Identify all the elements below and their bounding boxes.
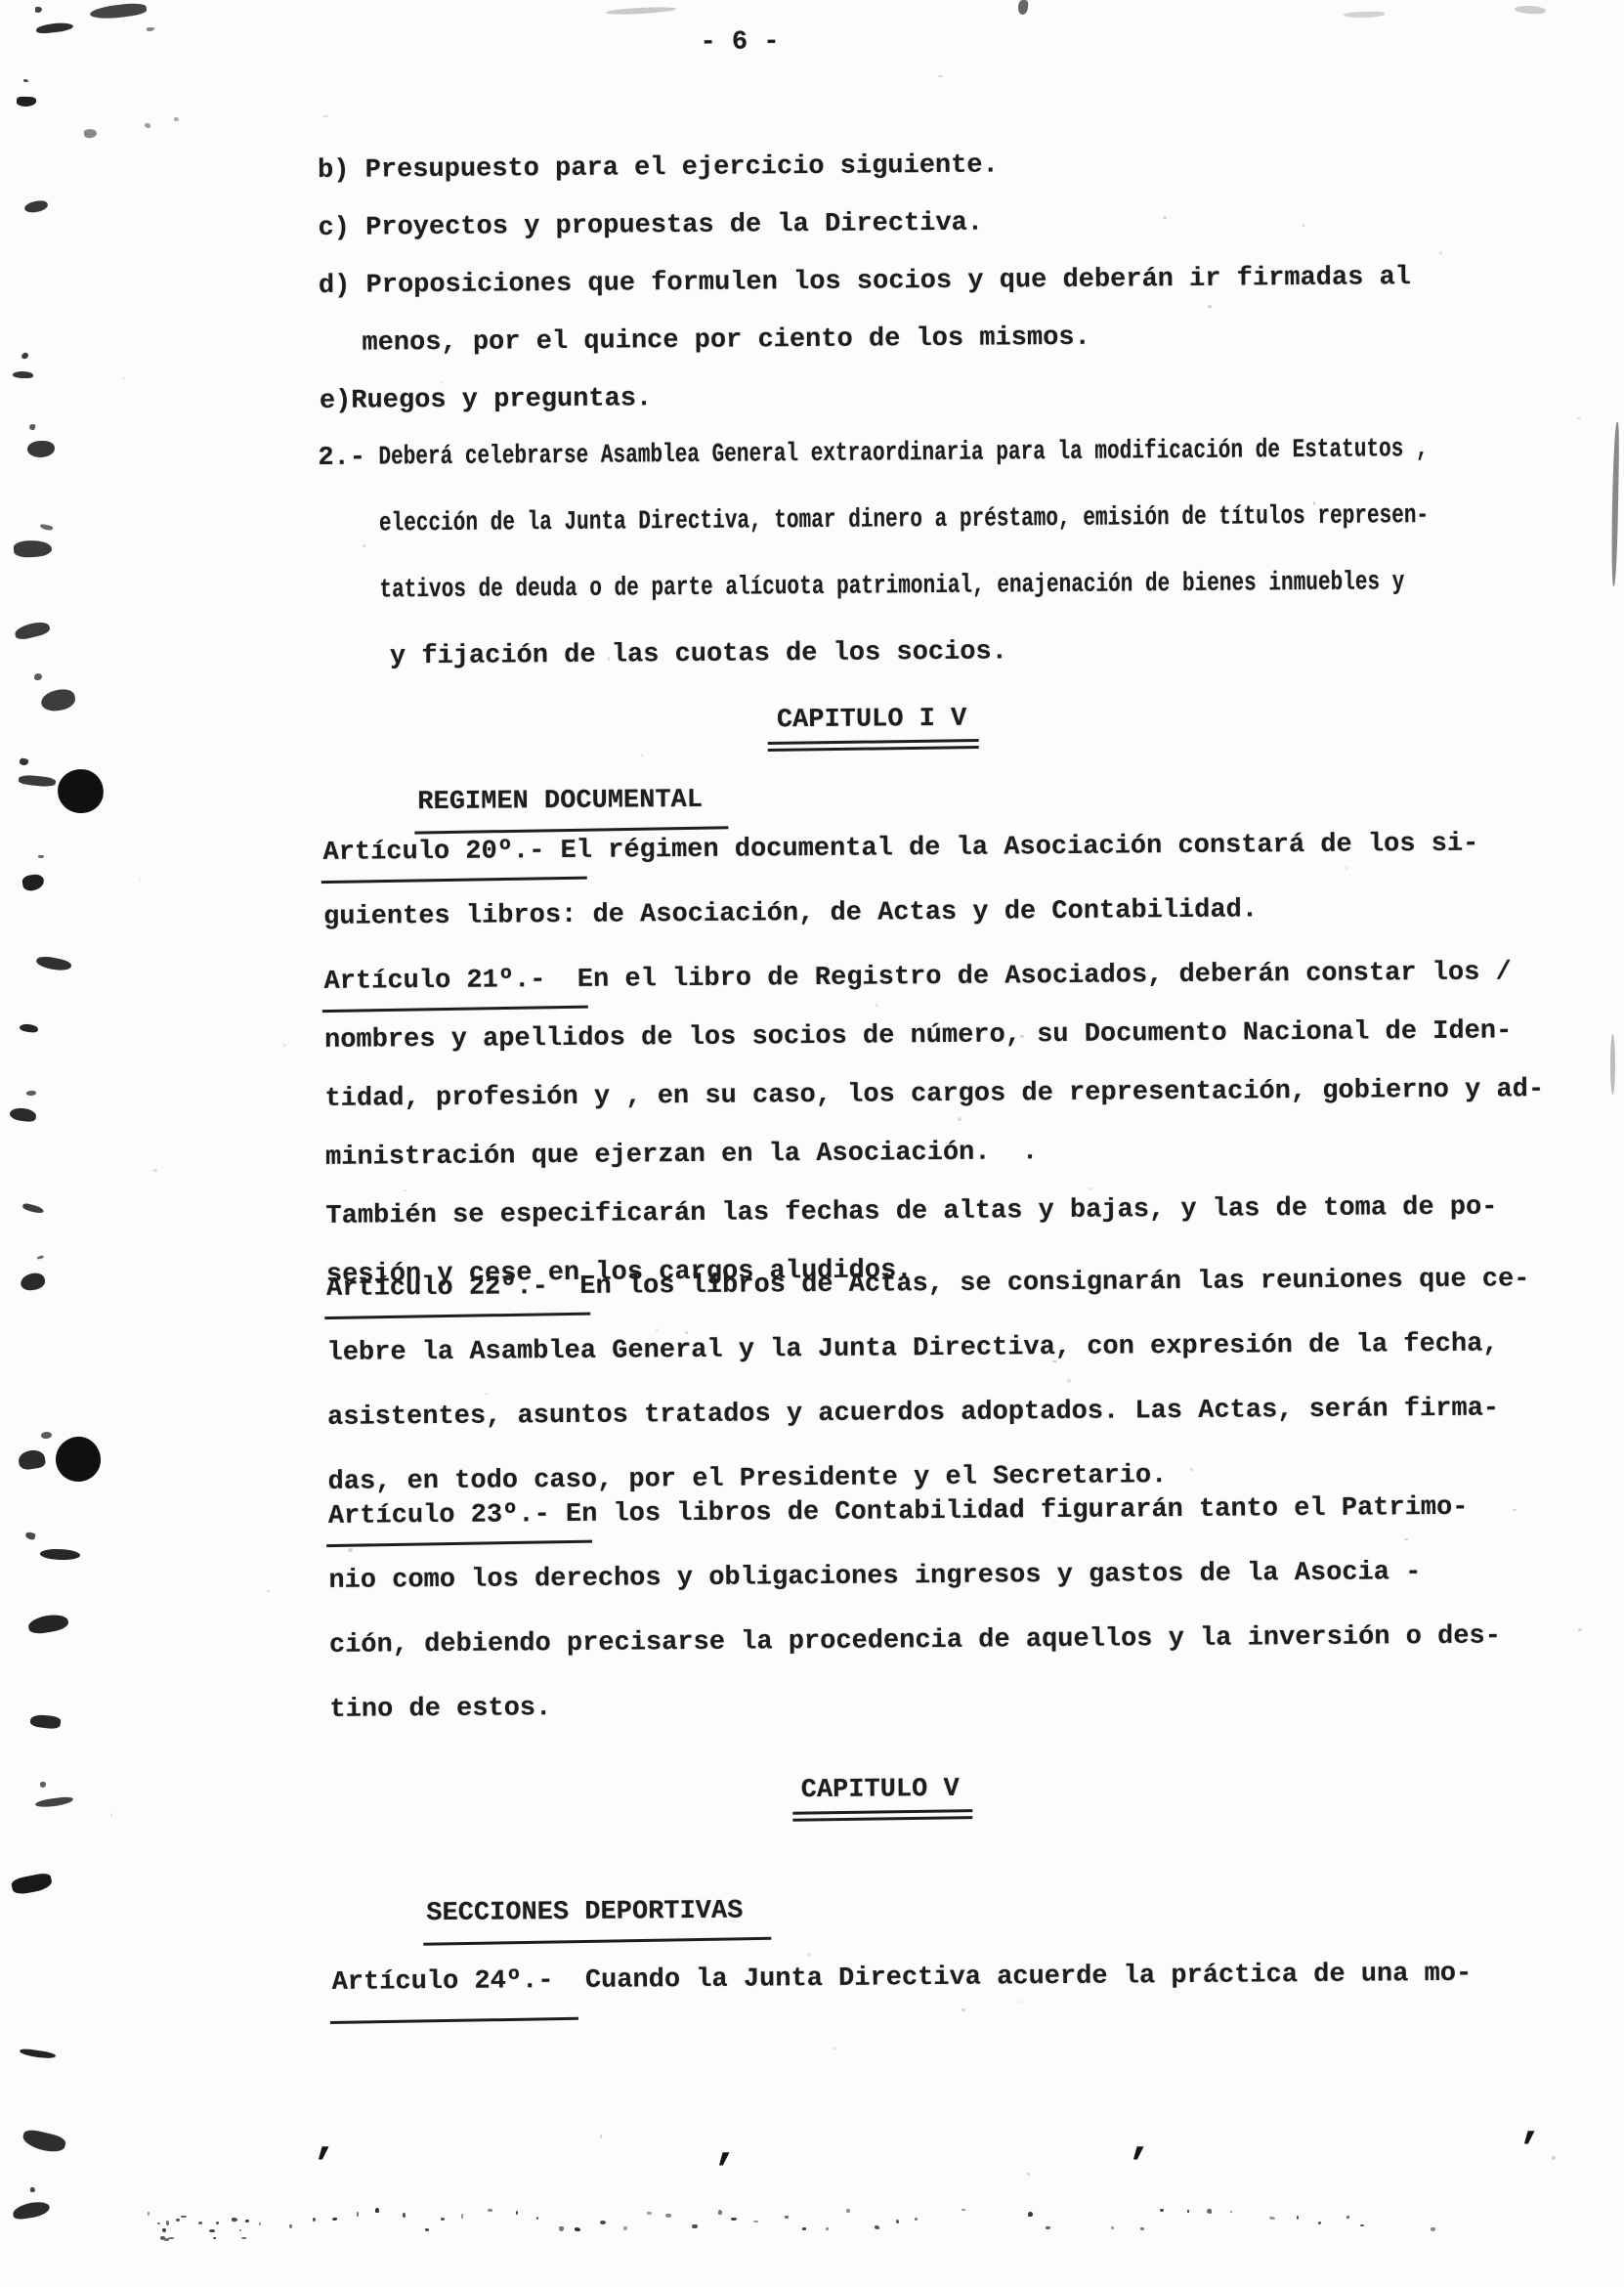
article-23-line: ción, debiendo precisarse la procedencia… bbox=[329, 1623, 1501, 1697]
article-24-text: Cuando la Junta Directiva acuerde la prá… bbox=[553, 1960, 1472, 1996]
article-21-text: En el libro de Registro de Asociados, de… bbox=[545, 958, 1512, 995]
item-2-line: tativos de deuda o de parte alícuota pat… bbox=[379, 570, 1430, 644]
item-2-line: elección de la Junta Directiva, tomar di… bbox=[379, 503, 1430, 578]
agenda-list: b) Presupuesto para el ejercicio siguien… bbox=[318, 150, 1412, 447]
article-20-text: El régimen documental de la Asociación c… bbox=[544, 830, 1478, 867]
chapter-v-heading: CAPITULO V bbox=[6, 1745, 1624, 1836]
article-21-line: También se especificarán las fechas de a… bbox=[325, 1194, 1545, 1263]
section-regimen-title: REGIMEN DOCUMENTAL bbox=[417, 788, 703, 816]
chapter-v-title: CAPITULO V bbox=[801, 1777, 960, 1804]
article-20-line: guientes libros: de Asociación, de Actas… bbox=[323, 896, 1479, 970]
article-24: Artículo 24º.- Cuando la Junta Directiva… bbox=[332, 1962, 1473, 2035]
article-21-label: Artículo 21º.- bbox=[324, 968, 546, 996]
list-item-d: d) Proposiciones que formulen los socios… bbox=[319, 265, 1411, 331]
article-23: Artículo 23º.- En los libros de Contabil… bbox=[328, 1494, 1502, 1761]
scanned-document-page: - 6 - b) Presupuesto para el ejercicio s… bbox=[0, 0, 1624, 2287]
article-23-text: En los libros de Contabilidad figurarán … bbox=[550, 1493, 1469, 1530]
section-heading-deportivas: SECCIONES DEPORTIVAS bbox=[331, 1873, 744, 1955]
item-2-paragraph: Deberá celebrarse Asamblea General extra… bbox=[378, 435, 1624, 712]
section-heading-regimen: REGIMEN DOCUMENTAL bbox=[322, 761, 703, 843]
chapter-iv-heading: CAPITULO I V bbox=[0, 674, 1624, 766]
article-23-line: nio como los derechos y obligaciones ing… bbox=[328, 1559, 1500, 1632]
item-2-line: Deberá celebrarse Asamblea General extra… bbox=[378, 437, 1429, 511]
list-item-b: b) Presupuesto para el ejercicio siguien… bbox=[318, 150, 1410, 216]
article-22-line: asistentes, asuntos tratados y acuerdos … bbox=[327, 1396, 1531, 1470]
typewritten-content: - 6 - b) Presupuesto para el ejercicio s… bbox=[0, 0, 1624, 2287]
article-22-label: Artículo 22º.- bbox=[326, 1274, 548, 1303]
list-item-d-continuation: menos, por el quince por ciento de los m… bbox=[319, 323, 1411, 389]
article-23-label: Artículo 23º.- bbox=[328, 1502, 550, 1531]
chapter-iv-title: CAPITULO I V bbox=[777, 707, 967, 735]
section-deportivas-title: SECCIONES DEPORTIVAS bbox=[426, 1899, 743, 1928]
article-24-label: Artículo 24º.- bbox=[332, 1968, 554, 1997]
article-22-line: lebre la Asamblea General y la Junta Dir… bbox=[326, 1331, 1530, 1405]
article-20: Artículo 20º.- El régimen documental de … bbox=[322, 832, 1479, 970]
item-2-label: 2.- bbox=[318, 446, 365, 472]
article-21-line: tidad, profesión y , en su caso, los car… bbox=[324, 1077, 1544, 1145]
article-20-label: Artículo 20º.- bbox=[322, 839, 544, 867]
page-number: - 6 - bbox=[0, 24, 1487, 63]
